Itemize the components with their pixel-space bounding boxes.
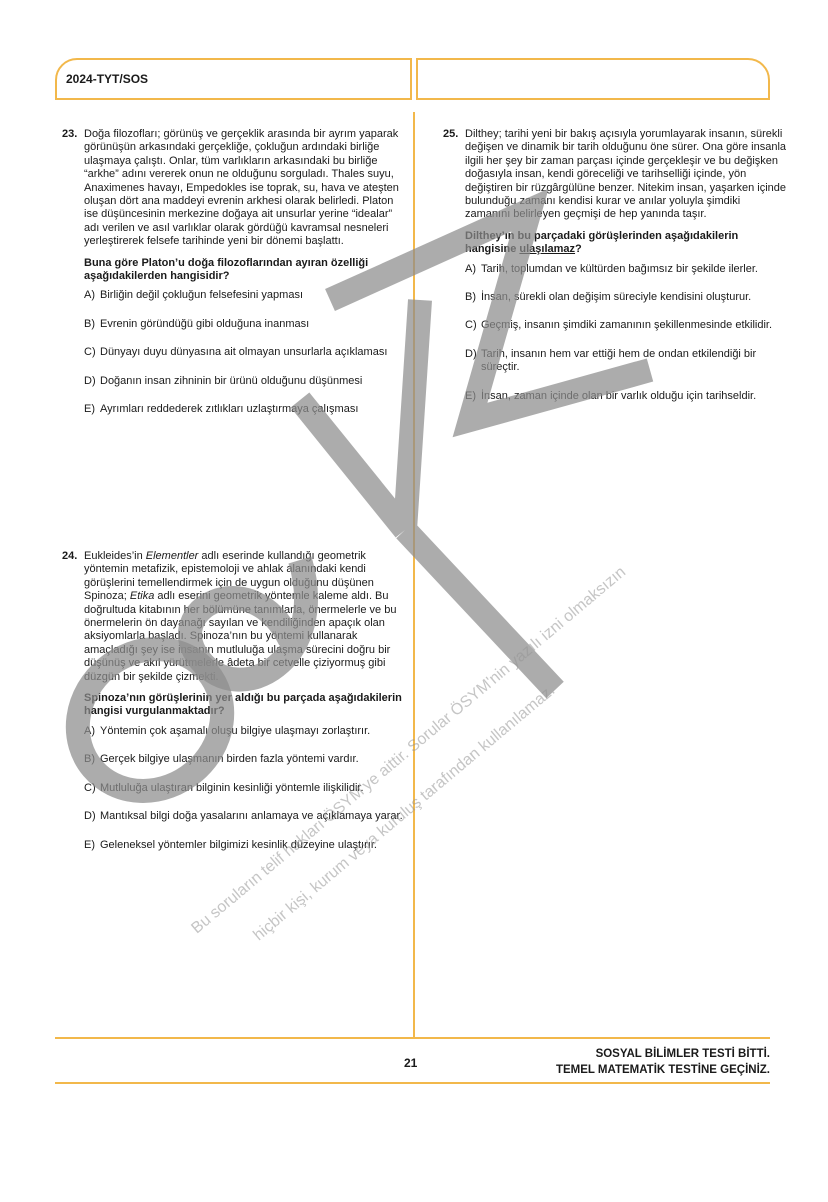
answer-options: A)Tarih, toplumdan ve kültürden bağımsız… (465, 263, 788, 403)
question-number: 25. (443, 128, 458, 141)
option-d[interactable]: D)Mantıksal bilgi doğa yasalarını anlama… (84, 810, 407, 823)
question-stem: Dilthey; tarihi yeni bir bakış açısıyla … (465, 128, 788, 222)
option-c[interactable]: C)Dünyayı duyu dünyasına ait olmayan uns… (84, 346, 407, 359)
question-stem: Doğa filozofları; görünüş ve gerçeklik a… (84, 128, 407, 249)
header-exam-code-box: 2024-TYT/SOS (55, 58, 412, 100)
footer-message-line2: TEMEL MATEMATİK TESTİNE GEÇİNİZ. (556, 1062, 770, 1078)
book-title-etika: Etika (130, 590, 154, 602)
question-prompt: Dilthey’ın bu parçadaki görüşlerinden aş… (465, 230, 788, 257)
emphasized-word: ulaşılamaz (519, 243, 575, 255)
option-e[interactable]: E)İnsan, zaman içinde olan bir varlık ol… (465, 390, 788, 403)
option-d[interactable]: D)Tarih, insanın hem var ettiği hem de o… (465, 348, 788, 375)
question-25: 25. Dilthey; tarihi yeni bir bakış açısı… (443, 128, 788, 403)
footer-bottom-rule (55, 1082, 770, 1084)
footer-message-line1: SOSYAL BİLİMLER TESTİ BİTTİ. (556, 1046, 770, 1062)
option-a[interactable]: A)Birliğin değil çokluğun felsefesini ya… (84, 289, 407, 302)
answer-options: A)Birliğin değil çokluğun felsefesini ya… (84, 289, 407, 416)
option-e[interactable]: E)Ayrımları reddederek zıtlıkları uzlaşt… (84, 403, 407, 416)
header-right-box (416, 58, 770, 100)
option-b[interactable]: B)Gerçek bilgiye ulaşmanın birden fazla … (84, 753, 407, 766)
option-a[interactable]: A)Tarih, toplumdan ve kültürden bağımsız… (465, 263, 788, 276)
question-stem: Eukleides’in Elementler adlı eserinde ku… (84, 550, 407, 684)
question-23: 23. Doğa filozofları; görünüş ve gerçekl… (62, 128, 407, 417)
question-prompt: Buna göre Platon’u doğa filozoflarından … (84, 257, 407, 284)
question-24: 24. Eukleides’in Elementler adlı eserind… (62, 550, 407, 852)
column-divider (413, 112, 415, 1038)
option-c[interactable]: C)Geçmiş, insanın şimdiki zamanının şeki… (465, 319, 788, 332)
exam-code: 2024-TYT/SOS (66, 72, 148, 86)
answer-options: A)Yöntemin çok aşamalı oluşu bilgiye ula… (84, 725, 407, 852)
option-d[interactable]: D)Doğanın insan zihninin bir ürünü olduğ… (84, 375, 407, 388)
book-title-elementler: Elementler (146, 550, 199, 562)
option-b[interactable]: B)İnsan, sürekli olan değişim süreciyle … (465, 291, 788, 304)
option-b[interactable]: B)Evrenin göründüğü gibi olduğuna inanma… (84, 318, 407, 331)
question-number: 24. (62, 550, 77, 563)
page-number: 21 (404, 1056, 417, 1070)
option-a[interactable]: A)Yöntemin çok aşamalı oluşu bilgiye ula… (84, 725, 407, 738)
question-prompt: Spinoza’nın görüşlerinin yer aldığı bu p… (84, 692, 407, 719)
option-e[interactable]: E)Geleneksel yöntemler bilgimizi kesinli… (84, 839, 407, 852)
footer-message: SOSYAL BİLİMLER TESTİ BİTTİ. TEMEL MATEM… (556, 1046, 770, 1078)
option-c[interactable]: C)Mutluluğa ulaştıran bilginin kesinliği… (84, 782, 407, 795)
footer-top-rule (55, 1037, 770, 1039)
question-number: 23. (62, 128, 77, 141)
